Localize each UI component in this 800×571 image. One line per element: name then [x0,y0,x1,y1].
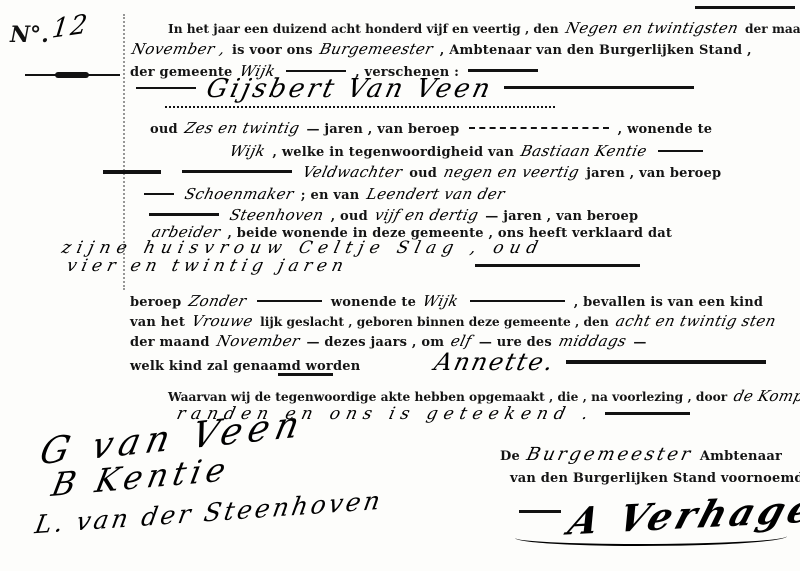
blank-rule [468,69,538,72]
handwritten-occupation-entry: Schoenmaker [183,185,296,203]
witness2-name-handwritten: Leendert van der [364,185,506,203]
witness1-occupation-handwritten: Veldwachter [301,163,404,181]
printed-residence-label: wonende te [331,295,416,310]
margin-dash [103,170,161,174]
registration-number-label: N°. [10,22,49,48]
witness1-name-handwritten: Bastiaan Kentie [519,142,649,160]
blank-rule [475,264,640,267]
registration-number-handwritten: 12 [50,9,91,45]
printed-occupation-label: — jaren , van beroep [306,122,459,137]
printed-second-witness-label: ; en van [301,188,360,203]
birth-day-handwritten: acht en twintig sten [614,312,778,330]
printed-name-label: welk kind zal genaamd worden [130,359,360,374]
signing-parties-handwritten: de Kompa [732,387,800,405]
printed-age-label: oud [409,166,437,181]
printed-gender-prefix: van het [130,315,185,330]
scan-edge-line [695,6,795,9]
blank-rule [658,150,703,152]
declarant-age-handwritten: Zes en twintig [183,119,302,137]
declarant-residence-handwritten: Wijk [228,142,267,160]
printed-official-label: Ambtenaar [700,449,782,464]
gender-handwritten: Vrouwe [190,312,255,330]
dotted-underline [165,106,555,108]
blank-rule [504,86,694,89]
header-flourish-rule [25,74,120,76]
printed-occupation-label: jaren , van beroep [586,166,721,181]
printed-official-suffix: , Ambtenaar van den Burgerlijken Stand , [440,43,752,58]
printed-before-official: is voor ons [232,43,313,58]
declarant-name-handwritten: Gijsbert Van Veen [204,74,496,104]
blank-rule [566,360,766,364]
declaration-month-handwritten: November , [130,40,227,58]
witness1-age-handwritten: negen en veertig [442,163,581,181]
printed-official-title-line: van den Burgerlijken Stand voornoemd , [510,471,800,486]
printed-birth-text: , bevallen is van een kind [574,295,763,310]
printed-occupation-label: beroep [130,295,181,310]
printed-residence-label: , wonende te [618,122,713,137]
blank-rule [149,213,219,216]
blank-rule [605,412,690,415]
official-title-handwritten: Burgemeester [318,40,435,58]
mother-age-handwritten: vier en twintig jaren [65,256,351,276]
mother-name-handwritten: zijne huisvrouw Celtje Slag , oud [60,238,546,258]
blank-rule [286,70,346,72]
printed-witness-intro: , welke in tegenwoordigheid van [272,145,514,160]
scribble-rule [469,127,609,129]
printed-closing-text: Waarvan wij de tegenwoordige akte hebben… [168,390,727,404]
child-name-handwritten: Annette. [432,348,558,376]
signature-flourish [515,528,787,546]
printed-age-label: oud [150,122,178,137]
declaration-day-handwritten: Negen en twintigsten [564,19,740,37]
scanned-birth-certificate: N°. 12 In het jaar een duizend acht hond… [0,0,800,571]
printed-month-label: der maand [745,22,800,36]
blank-rule [136,87,196,89]
blank-rule [257,300,322,302]
printed-year-text: In het jaar een duizend acht honderd vij… [168,22,559,36]
small-underline [278,373,333,376]
official-title-handwritten: Burgemeester [525,444,696,465]
printed-gender-suffix: lijk geslacht , geboren binnen deze geme… [260,315,609,329]
printed-closing-de: De [500,449,520,464]
signature-lead-stroke [519,510,561,513]
blank-rule [182,170,292,173]
mother-residence-handwritten: Wijk [421,292,460,310]
blank-rule [144,193,174,195]
mother-occupation-handwritten: Zonder [186,292,247,310]
blank-rule [470,300,565,302]
